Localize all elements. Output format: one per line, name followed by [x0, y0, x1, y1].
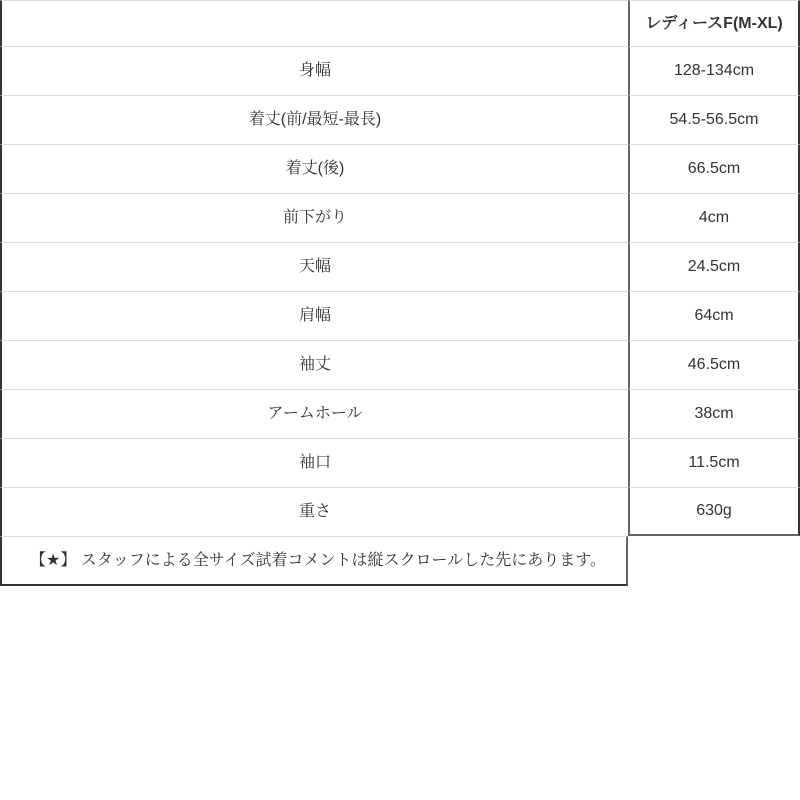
measurement-label: 天幅	[0, 242, 628, 291]
measurement-label: 着丈(前/最短-最長)	[0, 95, 628, 144]
table-row: 前下がり 4cm	[0, 193, 800, 242]
table-row: 天幅 24.5cm	[0, 242, 800, 291]
measurement-value: 630g	[628, 487, 800, 536]
measurement-label: アームホール	[0, 389, 628, 438]
table-body: 身幅 128-134cm 着丈(前/最短-最長) 54.5-56.5cm 着丈(…	[0, 46, 800, 536]
footer-note: 【★】 スタッフによる全サイズ試着コメントは縦スクロールした先にあります。	[0, 536, 628, 586]
header-size-cell: レディースF(M-XL)	[628, 0, 800, 46]
measurement-value: 64cm	[628, 291, 800, 340]
table-row: アームホール 38cm	[0, 389, 800, 438]
measurement-label: 肩幅	[0, 291, 628, 340]
header-label-cell	[0, 0, 628, 46]
table-row: 着丈(後) 66.5cm	[0, 144, 800, 193]
measurement-value: 46.5cm	[628, 340, 800, 389]
measurement-label: 着丈(後)	[0, 144, 628, 193]
table-row: 身幅 128-134cm	[0, 46, 800, 95]
table-row: 重さ 630g	[0, 487, 800, 536]
size-chart-table: レディースF(M-XL) 身幅 128-134cm 着丈(前/最短-最長) 54…	[0, 0, 800, 586]
measurement-value: 128-134cm	[628, 46, 800, 95]
measurement-value: 66.5cm	[628, 144, 800, 193]
measurement-value: 11.5cm	[628, 438, 800, 487]
measurement-label: 袖丈	[0, 340, 628, 389]
measurement-label: 前下がり	[0, 193, 628, 242]
table-header-row: レディースF(M-XL)	[0, 0, 800, 46]
measurement-value: 24.5cm	[628, 242, 800, 291]
measurement-value: 38cm	[628, 389, 800, 438]
table-footer-row: 【★】 スタッフによる全サイズ試着コメントは縦スクロールした先にあります。	[0, 536, 800, 586]
table-row: 着丈(前/最短-最長) 54.5-56.5cm	[0, 95, 800, 144]
table-row: 袖口 11.5cm	[0, 438, 800, 487]
table-row: 袖丈 46.5cm	[0, 340, 800, 389]
measurement-label: 袖口	[0, 438, 628, 487]
table-row: 肩幅 64cm	[0, 291, 800, 340]
measurement-label: 身幅	[0, 46, 628, 95]
measurement-label: 重さ	[0, 487, 628, 536]
measurement-value: 54.5-56.5cm	[628, 95, 800, 144]
measurement-value: 4cm	[628, 193, 800, 242]
